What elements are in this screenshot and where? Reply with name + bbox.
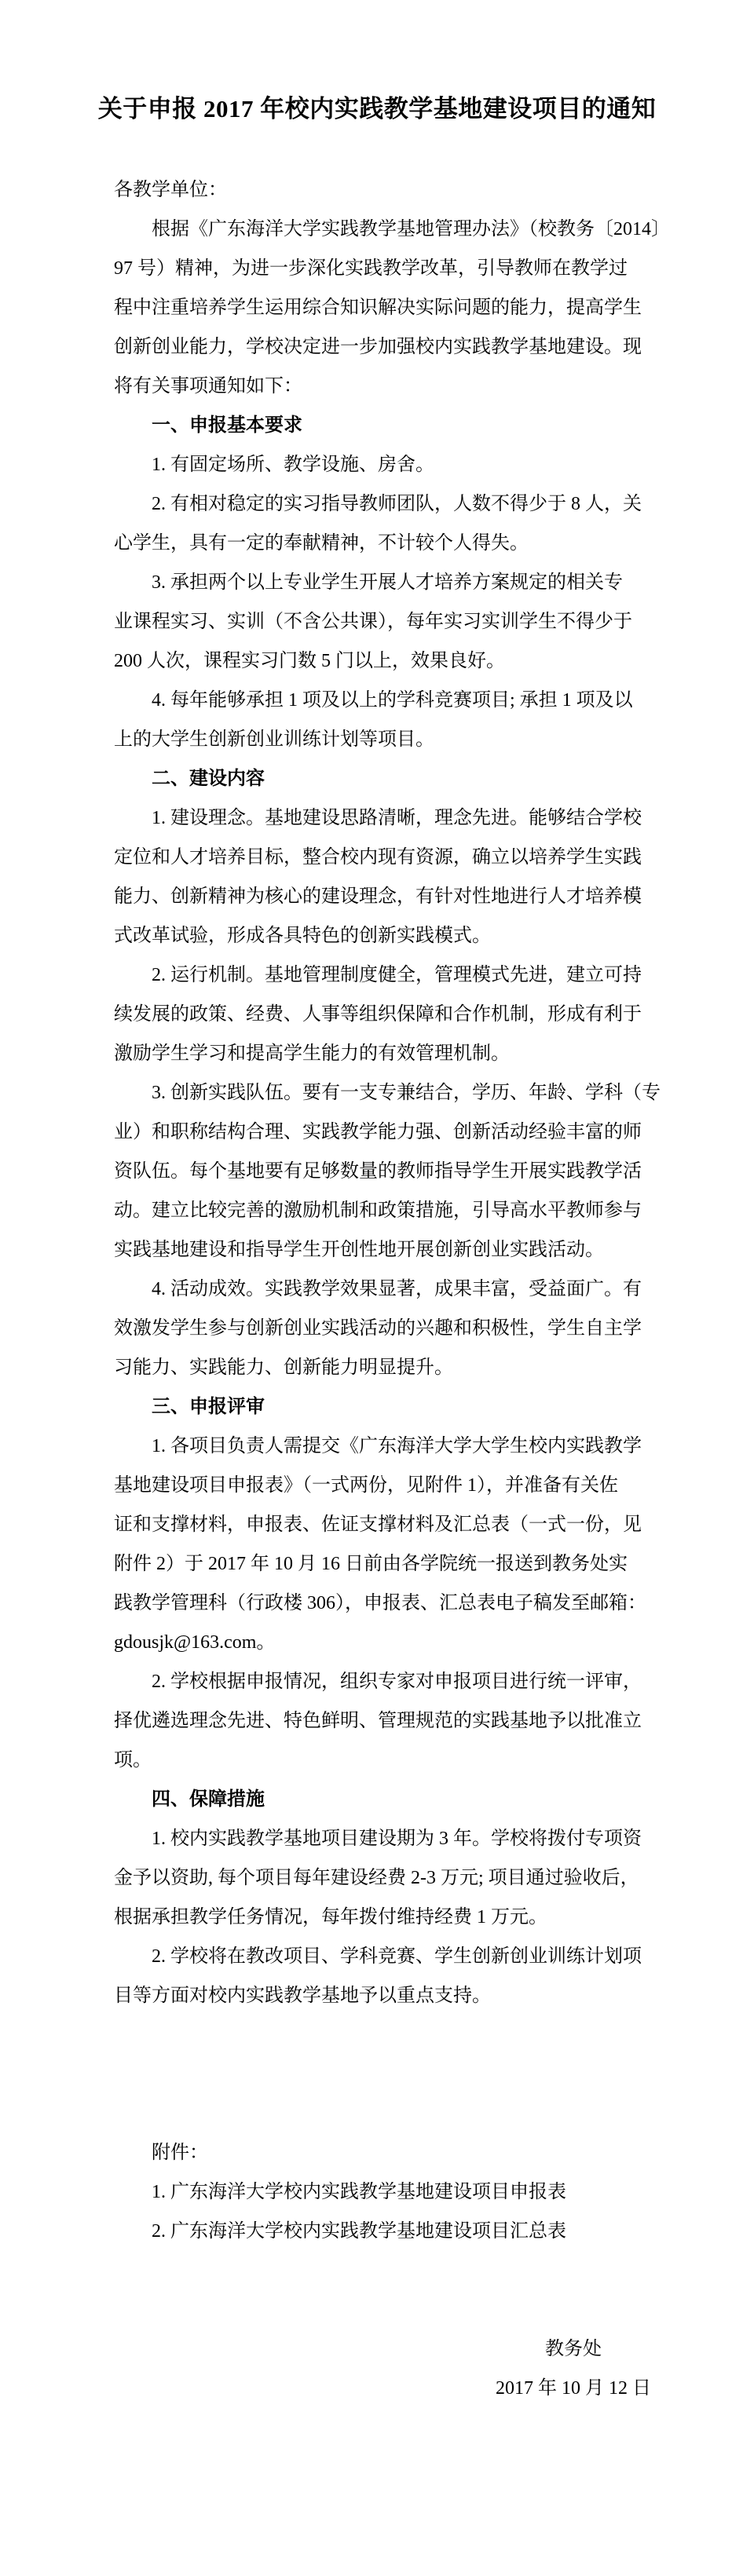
item-line: 业课程实习、实训（不含公共课），每年实习实训学生不得少于 xyxy=(114,602,642,641)
item-line: 动。建立比较完善的激励机制和政策措施，引导高水平教师参与 xyxy=(114,1191,642,1230)
section-heading-1: 一、申报基本要求 xyxy=(114,406,642,445)
item-line: 根据承担教学任务情况，每年拨付维持经费 1 万元。 xyxy=(114,1898,642,1937)
intro-line: 97 号）精神，为进一步深化实践教学改革，引导教师在教学过 xyxy=(114,249,642,288)
item-line: 200 人次，课程实习门数 5 门以上，效果良好。 xyxy=(114,641,642,681)
item-line: 上的大学生创新创业训练计划等项目。 xyxy=(114,720,642,759)
item-line: 4. 每年能够承担 1 项及以上的学科竞赛项目; 承担 1 项及以 xyxy=(114,681,642,720)
notice-document-page: 关于申报 2017 年校内实践教学基地建设项目的通知 各教学单位： 根据《广东海… xyxy=(0,0,754,2576)
item-line: 续发展的政策、经费、人事等组织保障和合作机制，形成有利于 xyxy=(114,995,642,1034)
intro-line: 根据《广东海洋大学实践教学基地管理办法》（校教务〔2014〕 xyxy=(114,210,642,249)
item-line: 践教学管理科（行政楼 306），申报表、汇总表电子稿发至邮箱： xyxy=(114,1584,642,1623)
attachment-item: 2. 广东海洋大学校内实践教学基地建设项目汇总表 xyxy=(114,2212,642,2251)
item-line: 1. 有固定场所、教学设施、房舍。 xyxy=(114,445,642,484)
item-line: 项。 xyxy=(114,1741,642,1780)
signature-org: 教务处 xyxy=(487,2329,660,2369)
intro-line: 将有关事项通知如下： xyxy=(114,367,642,406)
item-line: 能力、创新精神为核心的建设理念，有针对性地进行人才培养模 xyxy=(114,877,642,916)
item-line: 1. 各项目负责人需提交《广东海洋大学大学生校内实践教学 xyxy=(114,1427,642,1466)
intro-line: 程中注重培养学生运用综合知识解决实际问题的能力，提高学生 xyxy=(114,288,642,327)
item-line: 择优遴选理念先进、特色鲜明、管理规范的实践基地予以批准立 xyxy=(114,1701,642,1741)
spacer xyxy=(0,129,754,170)
section-heading-3: 三、申报评审 xyxy=(114,1387,642,1427)
signature-date: 2017 年 10 月 12 日 xyxy=(487,2369,660,2408)
item-line: 目等方面对校内实践教学基地予以重点支持。 xyxy=(114,1976,642,2015)
item-line: 1. 校内实践教学基地项目建设期为 3 年。学校将拨付专项资 xyxy=(114,1819,642,1858)
item-line: 资队伍。每个基地要有足够数量的教师指导学生开展实践教学活 xyxy=(114,1152,642,1191)
item-line: 激励学生学习和提高学生能力的有效管理机制。 xyxy=(114,1034,642,1073)
section-heading-4: 四、保障措施 xyxy=(114,1780,642,1819)
notice-title: 关于申报 2017 年校内实践教学基地建设项目的通知 xyxy=(0,90,754,129)
item-line: 2. 学校根据申报情况，组织专家对申报项目进行统一评审， xyxy=(114,1662,642,1701)
attachment-item: 1. 广东海洋大学校内实践教学基地建设项目申报表 xyxy=(114,2172,642,2212)
item-line: 证和支撑材料，申报表、佐证支撑材料及汇总表（一式一份，见 xyxy=(114,1505,642,1544)
item-line: 金予以资助, 每个项目每年建设经费 2-3 万元; 项目通过验收后， xyxy=(114,1858,642,1898)
item-line: 附件 2）于 2017 年 10 月 16 日前由各学院统一报送到教务处实 xyxy=(114,1544,642,1584)
item-line: 业）和职称结构合理、实践教学能力强、创新活动经验丰富的师 xyxy=(114,1113,642,1152)
item-line: 1. 建设理念。基地建设思路清晰，理念先进。能够结合学校 xyxy=(114,798,642,838)
item-line: 2. 学校将在教改项目、学科竞赛、学生创新创业训练计划项 xyxy=(114,1937,642,1976)
item-line: 定位和人才培养目标，整合校内现有资源，确立以培养学生实践 xyxy=(114,838,642,877)
notice-body: 各教学单位： 根据《广东海洋大学实践教学基地管理办法》（校教务〔2014〕 97… xyxy=(0,170,754,2251)
item-line: 实践基地建设和指导学生开创性地开展创新创业实践活动。 xyxy=(114,1230,642,1270)
item-line: 2. 运行机制。基地管理制度健全，管理模式先进，建立可持 xyxy=(114,955,642,995)
item-line: 式改革试验，形成各具特色的创新实践模式。 xyxy=(114,916,642,955)
section-heading-2: 二、建设内容 xyxy=(114,759,642,798)
attachments-label: 附件： xyxy=(114,2133,642,2172)
item-line: 基地建设项目申报表》（一式两份，见附件 1），并准备有关佐 xyxy=(114,1466,642,1505)
item-line: 心学生，具有一定的奉献精神，不计较个人得失。 xyxy=(114,524,642,563)
item-line: 2. 有相对稳定的实习指导教师团队，人数不得少于 8 人，关 xyxy=(114,484,642,524)
salutation: 各教学单位： xyxy=(114,170,642,210)
item-line: 习能力、实践能力、创新能力明显提升。 xyxy=(114,1348,642,1387)
signature-block: 教务处 2017 年 10 月 12 日 xyxy=(487,2329,660,2408)
item-line: 效激发学生参与创新创业实践活动的兴趣和积极性，学生自主学 xyxy=(114,1309,642,1348)
item-line: 4. 活动成效。实践教学效果显著，成果丰富，受益面广。有 xyxy=(114,1270,642,1309)
intro-line: 创新创业能力，学校决定进一步加强校内实践教学基地建设。现 xyxy=(114,327,642,367)
attachments-block: 附件： 1. 广东海洋大学校内实践教学基地建设项目申报表 2. 广东海洋大学校内… xyxy=(114,2133,642,2251)
item-line-email: gdousjk@163.com。 xyxy=(114,1623,642,1662)
item-line: 3. 创新实践队伍。要有一支专兼结合，学历、年龄、学科（专 xyxy=(114,1073,642,1113)
item-line: 3. 承担两个以上专业学生开展人才培养方案规定的相关专 xyxy=(114,563,642,602)
